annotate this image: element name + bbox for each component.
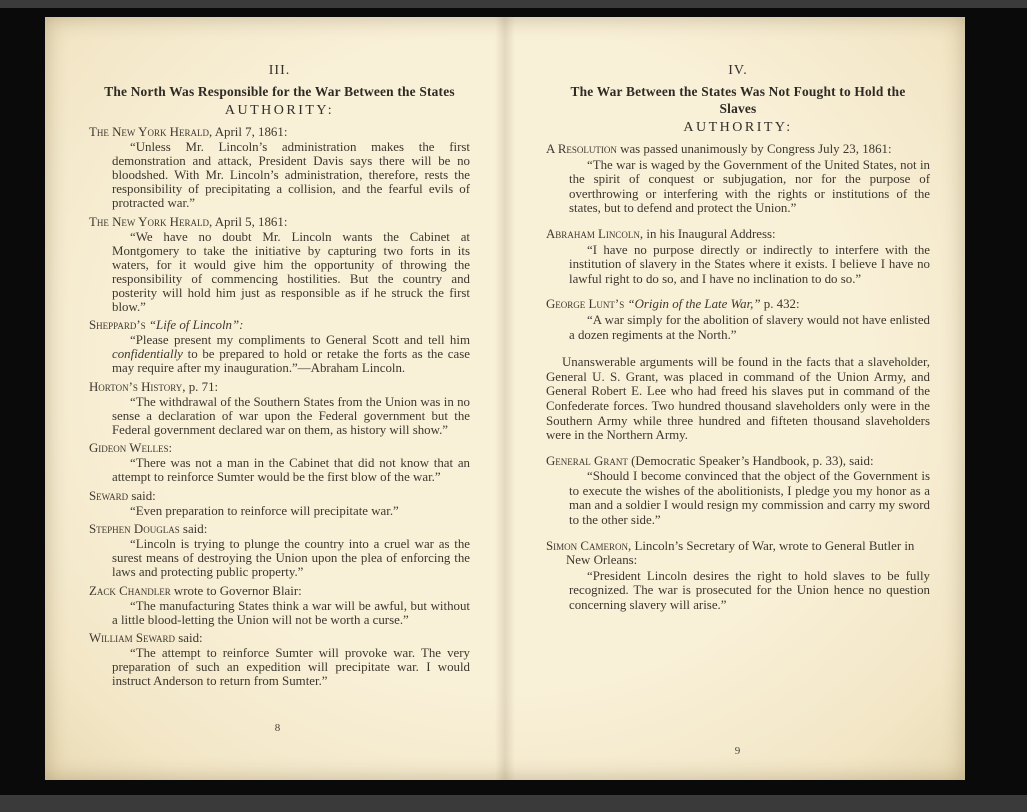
text-run: p. 432: — [761, 297, 800, 311]
text-run: “Please present my compliments to Genera… — [130, 333, 470, 347]
entry-source-label: Simon Cameron, Lincoln’s Secretary of Wa… — [546, 539, 930, 568]
left-chapter-title: The North Was Responsible for the War Be… — [89, 83, 470, 100]
left-authority-heading: AUTHORITY: — [89, 103, 470, 119]
right-authority-heading: AUTHORITY: — [546, 120, 930, 136]
viewer-bottom-bar — [0, 795, 1027, 812]
authority-entry: Abraham Lincoln, in his Inaugural Addres… — [546, 227, 930, 286]
entry-source-label: The New York Herald, April 5, 1861: — [89, 215, 470, 229]
text-run: “Origin of the Late War,” — [627, 297, 760, 311]
entry-source-label: General Grant (Democratic Speaker’s Hand… — [546, 454, 930, 469]
left-chapter-numeral: III. — [89, 63, 470, 79]
right-chapter-numeral: IV. — [546, 63, 930, 79]
entry-source-label: Gideon Welles: — [89, 441, 470, 455]
authority-entry: George Lunt’s “Origin of the Late War,” … — [546, 297, 930, 342]
text-run: wrote to Governor Blair: — [171, 584, 302, 598]
entry-source-label: Sheppard’s “Life of Lincoln”: — [89, 318, 470, 332]
text-run: “The withdrawal of the Southern States f… — [112, 395, 470, 437]
text-run: (Democratic Speaker’s Handbook, p. 33), … — [628, 454, 874, 468]
authority-entry: William Seward said:“The attempt to rein… — [89, 631, 470, 688]
entry-quote: “There was not a man in the Cabinet that… — [112, 456, 470, 484]
authority-entry: Sheppard’s “Life of Lincoln”:“Please pre… — [89, 318, 470, 375]
text-run: Unanswerable arguments will be found in … — [546, 355, 930, 442]
text-run: A Resolution — [546, 142, 617, 156]
text-run: “Should I become convinced that the obje… — [569, 469, 930, 527]
text-run: said: — [175, 631, 203, 645]
authority-entry: Simon Cameron, Lincoln’s Secretary of Wa… — [546, 539, 930, 613]
text-run: Stephen Douglas — [89, 522, 180, 536]
text-run: William Seward — [89, 631, 175, 645]
authority-entry: A Resolution was passed unanimously by C… — [546, 142, 930, 216]
text-run: “President Lincoln desires the right to … — [569, 569, 930, 612]
text-run: : — [168, 441, 172, 455]
text-run: , April 7, 1861: — [209, 125, 287, 139]
authority-entry: General Grant (Democratic Speaker’s Hand… — [546, 454, 930, 528]
text-run: Simon Cameron — [546, 539, 628, 553]
left-page-number: 8 — [45, 722, 510, 734]
text-run: Seward — [89, 489, 128, 503]
text-run: General Grant — [546, 454, 628, 468]
viewer-top-bar — [0, 0, 1027, 8]
text-run: Gideon Welles — [89, 441, 168, 455]
text-run: “I have no purpose directly or indirectl… — [569, 243, 930, 286]
text-run: Zack Chandler — [89, 584, 171, 598]
text-run: The New York Herald — [89, 215, 209, 229]
entry-source-label: William Seward said: — [89, 631, 470, 645]
authority-entry: Zack Chandler wrote to Governor Blair:“T… — [89, 584, 470, 627]
right-page-content: A Resolution was passed unanimously by C… — [546, 142, 930, 613]
text-run: Horton’s History — [89, 380, 182, 394]
entry-quote: “The war is waged by the Government of t… — [569, 158, 930, 216]
authority-entry: The New York Herald, April 5, 1861:“We h… — [89, 215, 470, 314]
text-run: Abraham Lincoln — [546, 227, 640, 241]
entry-source-label: Stephen Douglas said: — [89, 522, 470, 536]
text-run: “Life of Lincoln”: — [149, 318, 244, 332]
text-run: “Unless Mr. Lincoln’s administration mak… — [112, 140, 470, 210]
body-paragraph: Unanswerable arguments will be found in … — [546, 355, 930, 443]
authority-entry: Seward said:“Even preparation to reinfor… — [89, 489, 470, 518]
entry-quote: “Even preparation to reinforce will prec… — [112, 504, 470, 518]
text-run: George Lunt’s — [546, 297, 624, 311]
text-run: “The manufacturing States think a war wi… — [112, 599, 470, 627]
entry-quote: “Please present my compliments to Genera… — [112, 333, 470, 375]
entry-quote: “The attempt to reinforce Sumter will pr… — [112, 646, 470, 688]
entry-quote: “I have no purpose directly or indirectl… — [569, 243, 930, 287]
entry-quote: “Lincoln is trying to plunge the country… — [112, 537, 470, 579]
entry-quote: “Unless Mr. Lincoln’s administration mak… — [112, 140, 470, 210]
text-run: , April 5, 1861: — [209, 215, 287, 229]
entry-source-label: A Resolution was passed unanimously by C… — [546, 142, 930, 157]
text-run: said: — [180, 522, 208, 536]
text-run: “The war is waged by the Government of t… — [569, 158, 930, 216]
text-run: “A war simply for the abolition of slave… — [569, 313, 930, 342]
text-run: “There was not a man in the Cabinet that… — [112, 456, 470, 484]
authority-entry: Stephen Douglas said:“Lincoln is trying … — [89, 522, 470, 579]
text-run: Sheppard’s — [89, 318, 146, 332]
entry-source-label: The New York Herald, April 7, 1861: — [89, 125, 470, 139]
right-page: IV. The War Between the States Was Not F… — [510, 17, 965, 780]
entry-quote: “We have no doubt Mr. Lincoln wants the … — [112, 230, 470, 314]
entry-source-label: Abraham Lincoln, in his Inaugural Addres… — [546, 227, 930, 242]
entry-source-label: Zack Chandler wrote to Governor Blair: — [89, 584, 470, 598]
entry-source-label: Horton’s History, p. 71: — [89, 380, 470, 394]
entry-source-label: George Lunt’s “Origin of the Late War,” … — [546, 297, 930, 312]
text-run: “Lincoln is trying to plunge the country… — [112, 537, 470, 579]
right-chapter-title: The War Between the States Was Not Fough… — [552, 83, 924, 117]
authority-entry: The New York Herald, April 7, 1861:“Unle… — [89, 125, 470, 210]
book-page-spread: III. The North Was Responsible for the W… — [45, 17, 965, 780]
text-run: “We have no doubt Mr. Lincoln wants the … — [112, 230, 470, 314]
text-run: The New York Herald — [89, 125, 209, 139]
text-run: , in his Inaugural Address: — [640, 227, 776, 241]
authority-entry: Gideon Welles:“There was not a man in th… — [89, 441, 470, 484]
text-run: , p. 71: — [182, 380, 218, 394]
entry-quote: “Should I become convinced that the obje… — [569, 469, 930, 527]
authority-entry: Horton’s History, p. 71:“The withdrawal … — [89, 380, 470, 437]
text-run: “The attempt to reinforce Sumter will pr… — [112, 646, 470, 688]
entry-quote: “President Lincoln desires the right to … — [569, 569, 930, 613]
text-run: “Even preparation to reinforce will prec… — [130, 504, 399, 518]
entry-quote: “A war simply for the abolition of slave… — [569, 313, 930, 342]
scanned-book-viewer: III. The North Was Responsible for the W… — [0, 0, 1027, 812]
text-run: confidentially — [112, 347, 183, 361]
text-run: was passed unanimously by Congress July … — [617, 142, 892, 156]
entry-quote: “The withdrawal of the Southern States f… — [112, 395, 470, 437]
entry-quote: “The manufacturing States think a war wi… — [112, 599, 470, 627]
entry-source-label: Seward said: — [89, 489, 470, 503]
text-run: said: — [128, 489, 156, 503]
right-page-number: 9 — [510, 745, 965, 757]
left-page-content: The New York Herald, April 7, 1861:“Unle… — [89, 125, 470, 688]
left-page: III. The North Was Responsible for the W… — [45, 17, 510, 780]
